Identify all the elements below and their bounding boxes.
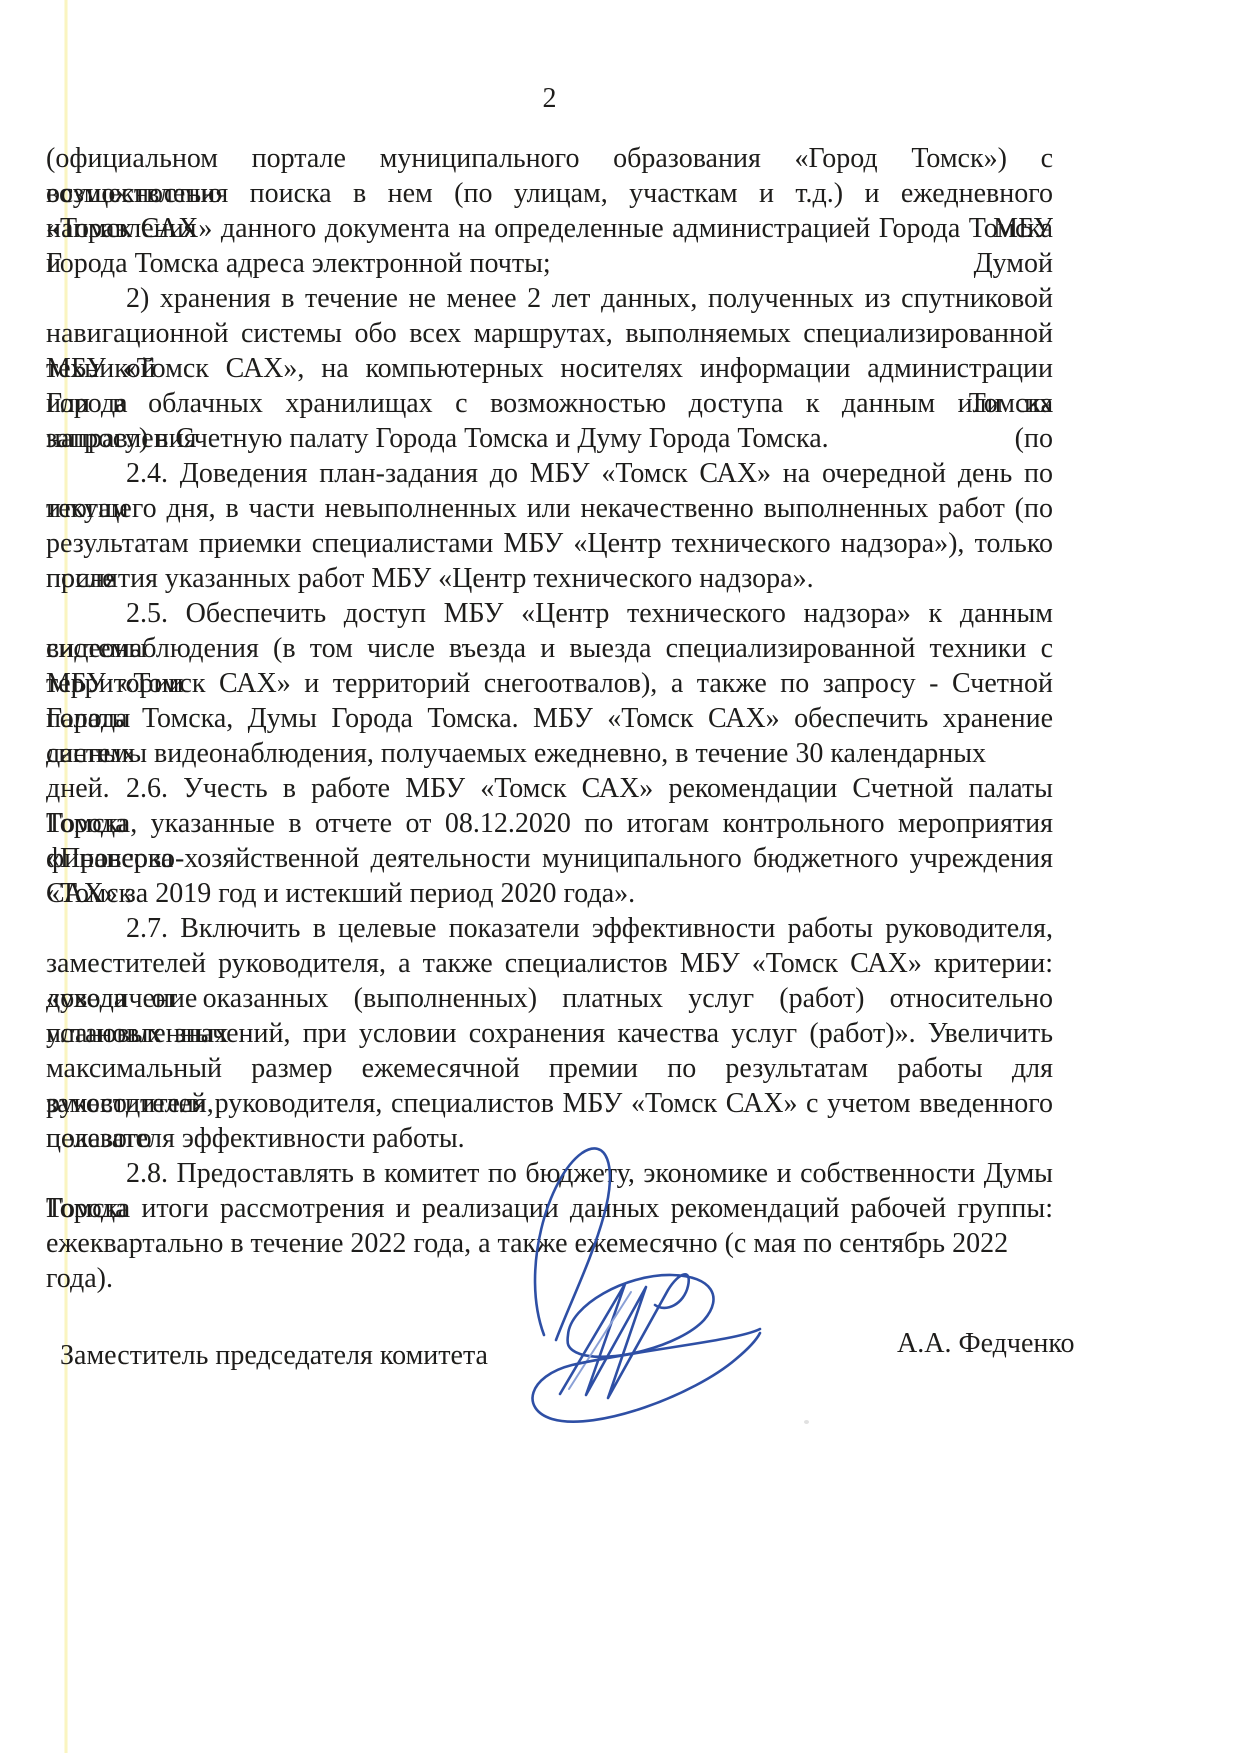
text-line: Города Томска, Думы Города Томска. МБУ «… <box>46 701 1053 736</box>
text-line: Томска, указанные в отчете от 08.12.2020… <box>46 806 1053 841</box>
page-number: 2 <box>46 84 1053 114</box>
text-line: (официальном портале муниципального обра… <box>46 141 1053 176</box>
text-line: видеонаблюдения (в том числе въезда и вы… <box>46 631 1053 666</box>
text-line: 2.4. Доведения план-задания до МБУ «Томс… <box>46 456 1053 491</box>
text-line: «Томск САХ» данного документа на определ… <box>46 211 1053 246</box>
text-line: 2.6. Учесть в работе МБУ «Томск САХ» рек… <box>46 771 1053 806</box>
text-line: САХ» за 2019 год и истекший период 2020 … <box>46 876 1053 911</box>
text-line: системы видеонаблюдения, получаемых ежед… <box>46 736 1053 771</box>
document-body: (официальном портале муниципального обра… <box>46 141 1053 1261</box>
signer-name: А.А. Федченко <box>897 1328 1075 1360</box>
text-line: максимальный размер ежемесячной премии п… <box>46 1051 1053 1086</box>
text-line: заместителей руководителя, а также специ… <box>46 946 1053 981</box>
text-line: результатам приемки специалистами МБУ «Ц… <box>46 526 1053 561</box>
signature-stroke <box>535 1148 610 1340</box>
text-line: 2) хранения в течение не менее 2 лет дан… <box>46 281 1053 316</box>
text-line: осуществления поиска в нем (по улицам, у… <box>46 176 1053 211</box>
text-line: МБУ «Томск САХ» и территорий снегоотвало… <box>46 666 1053 701</box>
signature-stroke <box>560 1274 689 1398</box>
text-line: финансово-хозяйственной деятельности мун… <box>46 841 1053 876</box>
text-line: 2.5. Обеспечить доступ МБУ «Центр технич… <box>46 596 1053 631</box>
signer-position-title: Заместитель председателя комитета <box>60 1340 488 1372</box>
text-line: текущего дня, в части невыполненных или … <box>46 491 1053 526</box>
scan-speck <box>804 1420 809 1424</box>
text-line: МБУ «Томск САХ», на компьютерных носител… <box>46 351 1053 386</box>
text-line: 2.7. Включить в целевые показатели эффек… <box>46 911 1053 946</box>
document-page: 2 (официальном портале муниципального об… <box>0 0 1240 1753</box>
text-line: дохода от оказанных (выполненных) платны… <box>46 981 1053 1016</box>
text-line: заместителей руководителя, специалистов … <box>46 1086 1053 1121</box>
handwritten-signature <box>468 1143 768 1443</box>
text-line: плановых значений, при условии сохранени… <box>46 1016 1053 1051</box>
text-line: или в облачных хранилищах с возможностью… <box>46 386 1053 421</box>
text-line: навигационной системы обо всех маршрутах… <box>46 316 1053 351</box>
text-line: принятия указанных работ МБУ «Центр техн… <box>46 561 1053 596</box>
